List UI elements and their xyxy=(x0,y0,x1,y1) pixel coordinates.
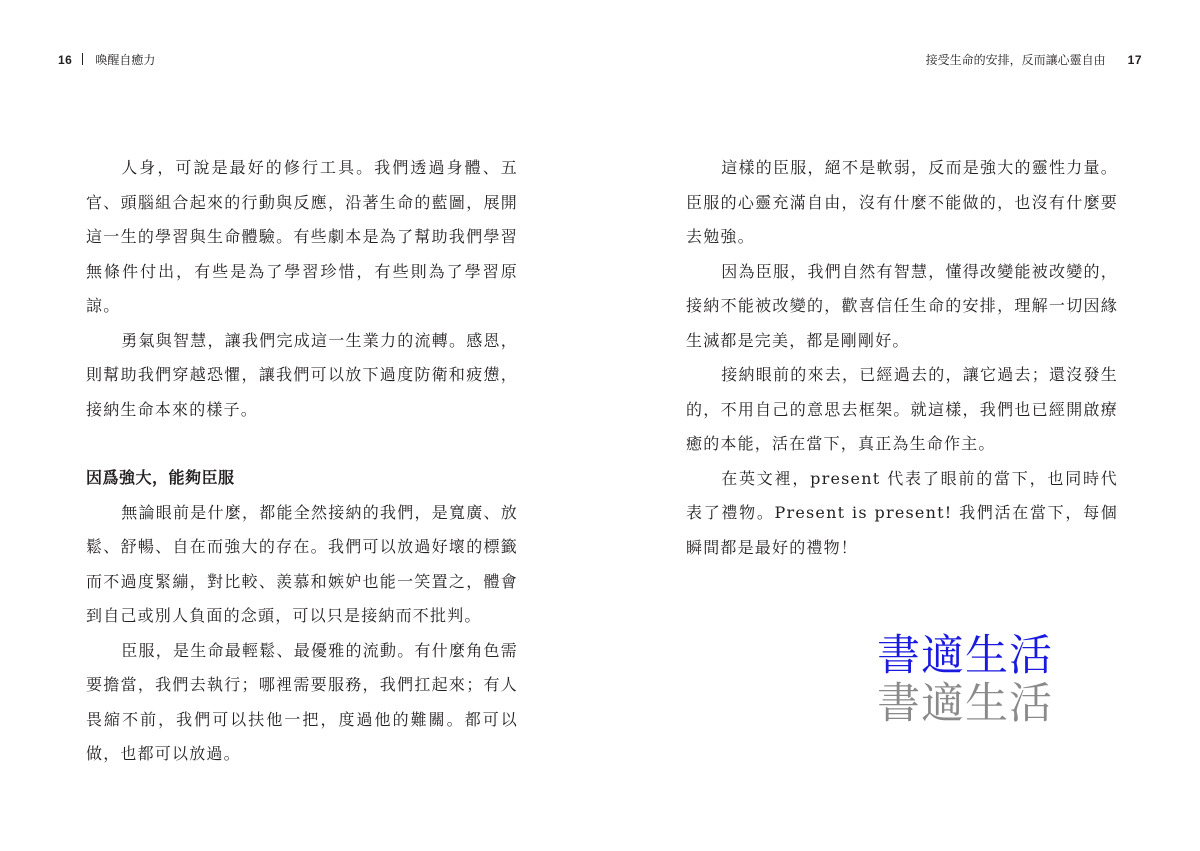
page-number: 17 xyxy=(1128,53,1142,67)
paragraph: 人身，可說是最好的修行工具。我們透過身體、五官、頭腦組合起來的行動與反應，沿著生… xyxy=(86,151,518,324)
paragraph: 因為臣服，我們自然有智慧，懂得改變能被改變的，接納不能被改變的，歡喜信任生命的安… xyxy=(686,255,1118,359)
right-page: 接受生命的安排，反而讓心靈自由17 這樣的臣服，絕不是軟弱，反而是強大的靈性力量… xyxy=(600,0,1200,851)
paragraph: 臣服，是生命最輕鬆、最優雅的流動。有什麼角色需要擔當，我們去執行；哪裡需要服務，… xyxy=(86,634,518,772)
section-heading: 因爲強大，能夠臣服 xyxy=(86,461,518,496)
running-head-left: 16喚醒自癒力 xyxy=(58,52,155,68)
watermark: 書適生活 書適生活 xyxy=(877,632,1053,728)
paragraph: 勇氣與智慧，讓我們完成這一生業力的流轉。感恩，則幫助我們穿越恐懼，讓我們可以放下… xyxy=(86,324,518,428)
chapter-title: 接受生命的安排，反而讓心靈自由 xyxy=(926,53,1106,67)
watermark-line-gray: 書適生活 xyxy=(877,680,1053,728)
left-page: 16喚醒自癒力 人身，可說是最好的修行工具。我們透過身體、五官、頭腦組合起來的行… xyxy=(0,0,600,851)
paragraph: 在英文裡，present 代表了眼前的當下，也同時代表了禮物。Present i… xyxy=(686,462,1118,566)
body-text-right: 這樣的臣服，絕不是軟弱，反而是強大的靈性力量。臣服的心靈充滿自由，沒有什麼不能做… xyxy=(686,151,1118,565)
page-number: 16 xyxy=(58,53,72,67)
paragraph: 無論眼前是什麼，都能全然接納的我們，是寬廣、放鬆、舒暢、自在而強大的存在。我們可… xyxy=(86,496,518,634)
running-head-right: 接受生命的安排，反而讓心靈自由17 xyxy=(926,52,1142,68)
watermark-line-blue: 書適生活 xyxy=(877,632,1053,680)
header-divider xyxy=(82,53,83,65)
paragraph: 這樣的臣服，絕不是軟弱，反而是強大的靈性力量。臣服的心靈充滿自由，沒有什麼不能做… xyxy=(686,151,1118,255)
body-text-left: 人身，可說是最好的修行工具。我們透過身體、五官、頭腦組合起來的行動與反應，沿著生… xyxy=(86,151,518,772)
book-title: 喚醒自癒力 xyxy=(95,53,155,67)
paragraph: 接納眼前的來去，已經過去的，讓它過去；還沒發生的，不用自己的意思去框架。就這樣，… xyxy=(686,358,1118,462)
